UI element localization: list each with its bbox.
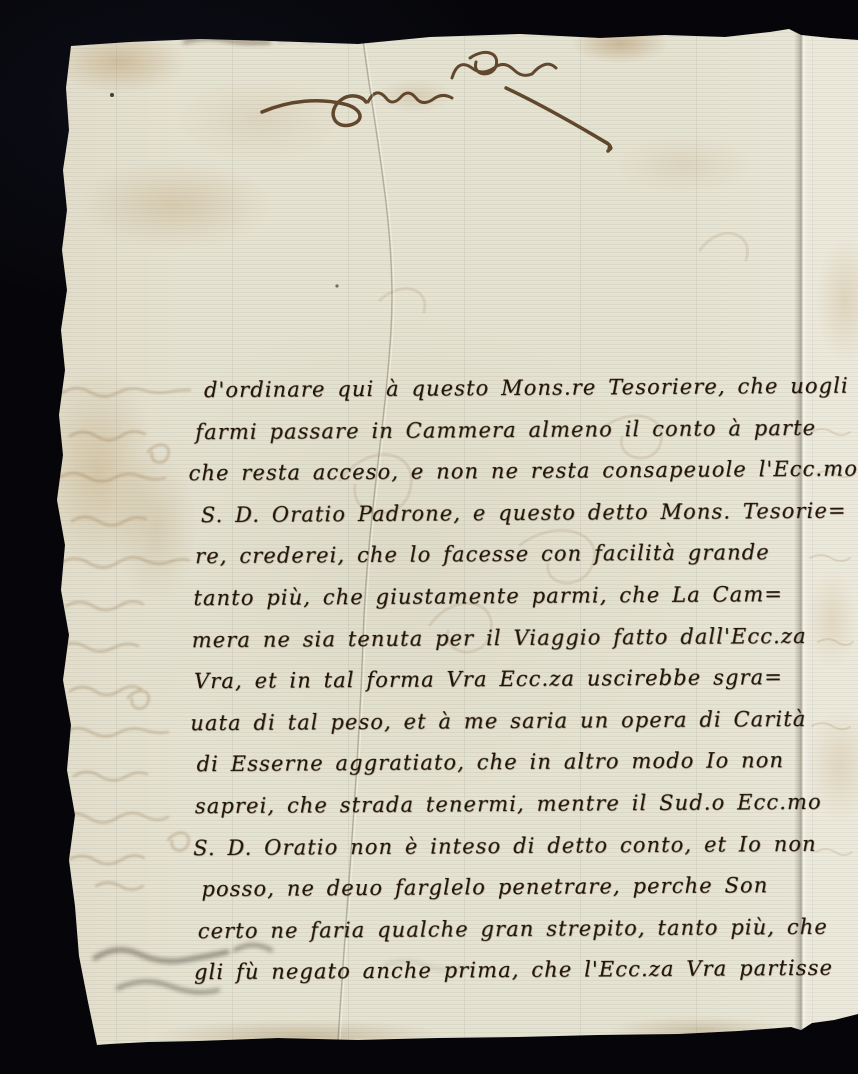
letter-line-14: certo ne faria qualche gran strepito, ta… (198, 906, 832, 952)
letter-line-15: gli fù negato anche prima, che l'Ecc.za … (194, 948, 832, 994)
letter-line-3: che resta acceso, e non ne resta consape… (188, 449, 828, 495)
letter-text-block: d'ordinare qui à questo Mons.re Tesorier… (188, 366, 832, 994)
letter-line-13: posso, ne deuo farglelo penetrare, perch… (201, 865, 831, 911)
letter-line-12: S. D. Oratio non è inteso di detto conto… (193, 823, 831, 869)
letter-line-1: d'ordinare qui à questo Mons.re Tesorier… (204, 366, 828, 412)
letter-line-8: Vra, et in tal forma Vra Ecc.za uscirebb… (194, 657, 830, 703)
manuscript-page: d'ordinare qui à questo Mons.re Tesorier… (0, 0, 858, 1074)
letter-line-4: S. D. Oratio Padrone, e questo detto Mon… (201, 491, 829, 537)
letter-line-6: tanto più, che giustamente parmi, che La… (193, 574, 829, 620)
photo-background: d'ordinare qui à questo Mons.re Tesorier… (0, 0, 858, 1074)
letter-line-11: saprei, che strada tenermi, mentre il Su… (195, 782, 831, 828)
letter-line-7: mera ne sia tenuta per il Viaggio fatto … (192, 615, 830, 661)
letter-line-2: farmi passare in Cammera almeno il conto… (195, 407, 828, 453)
letter-line-10: di Esserne aggratiato, che in altro modo… (196, 740, 830, 786)
letter-line-9: uata di tal peso, et à me saria un opera… (190, 699, 830, 745)
letter-line-5: re, crederei, che lo facesse con facilit… (195, 532, 829, 578)
